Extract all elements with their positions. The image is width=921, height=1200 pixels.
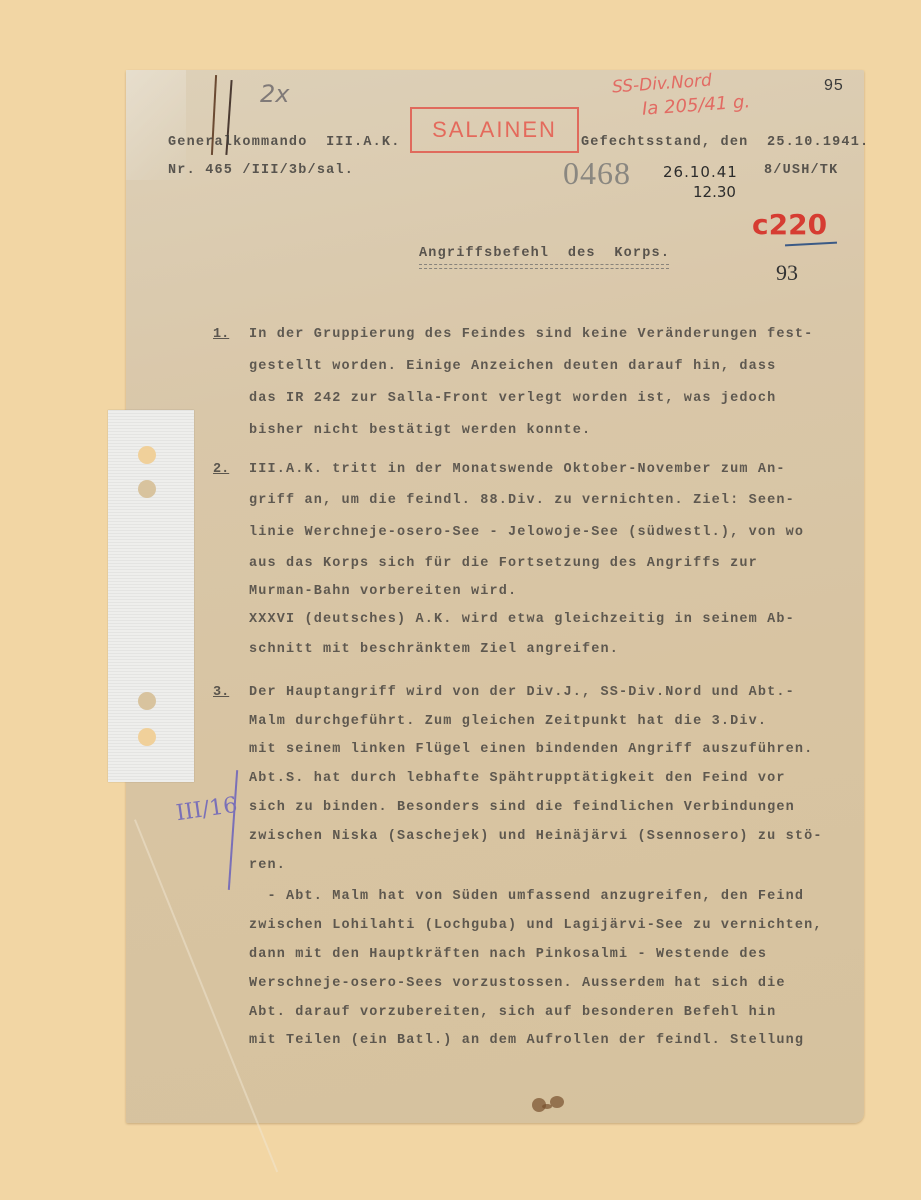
text-line: mit Teilen (ein Batl.) an dem Aufrollen … [249,1033,804,1048]
text-line: zwischen Lohilahti (Lochguba) und Lagijä… [249,918,823,933]
text-line: griff an, um die feindl. 88.Div. zu vern… [249,493,795,508]
text-line: Werschneje-osero-Sees vorzustossen. Auss… [249,976,786,991]
text-line: sich zu binden. Besonders sind die feind… [249,800,795,815]
text-line: mit seinem linken Flügel einen bindenden… [249,742,813,757]
red-code: c220 [752,208,827,241]
text-line: schnitt mit beschränktem Ziel angreifen. [249,642,619,657]
location-date: Gefechtsstand, den 25.10.1941. [581,135,869,150]
punch-hole [138,446,156,464]
ink-stain [532,1096,566,1116]
received-date: 26.10.41 [663,163,738,181]
text-line: - Abt. Malm hat von Süden umfassend anzu… [249,889,804,904]
punch-hole [138,480,156,498]
punch-hole [138,728,156,746]
reinforcement-strip [108,410,194,782]
text-line: bisher nicht bestätigt werden konnte. [249,423,591,438]
salainen-stamp: SALAINEN [410,107,579,153]
paragraph-number: 1. [213,327,229,342]
handwritten-copies: 2x [260,80,289,108]
distribution-code: 8/USH/TK [764,163,838,178]
text-line: Abt.S. hat durch lebhafte Spähtrupptätig… [249,771,786,786]
page-number-stamp: 93 [776,260,798,286]
received-time: 12.30 [693,183,736,201]
text-line: Malm durchgeführt. Zum gleichen Zeitpunk… [249,714,767,729]
text-line: linie Werchneje-osero-See - Jelowoje-See… [249,525,804,540]
document-title: Angriffsbefehl des Korps. [419,246,670,261]
text-line: III.A.K. tritt in der Monatswende Oktobe… [249,462,786,477]
text-line: gestellt worden. Einige Anzeichen deuten… [249,359,776,374]
text-line: aus das Korps sich für die Fortsetzung d… [249,556,758,571]
text-line: In der Gruppierung des Feindes sind kein… [249,327,813,342]
text-line: Murman-Bahn vorbereiten wird. [249,584,517,599]
text-line: XXXVI (deutsches) A.K. wird etwa gleichz… [249,612,795,627]
title-underline [419,264,669,269]
paragraph-number: 2. [213,462,229,477]
text-line: ren. [249,858,286,873]
text-line: Der Hauptangriff wird von der Div.J., SS… [249,685,795,700]
punch-hole [138,692,156,710]
text-line: dann mit den Hauptkräften nach Pinkosalm… [249,947,767,962]
page-number-top: 95 [824,77,844,95]
text-line: Abt. darauf vorzubereiten, sich auf beso… [249,1005,776,1020]
reference-number: Nr. 465 /III/3b/sal. [168,163,354,178]
text-line: zwischen Niska (Saschejek) und Heinäjärv… [249,829,823,844]
registry-number: 0468 [563,155,631,192]
issuer: Generalkommando III.A.K. [168,135,401,150]
text-line: das IR 242 zur Salla-Front verlegt worde… [249,391,776,406]
paragraph-number: 3. [213,685,229,700]
